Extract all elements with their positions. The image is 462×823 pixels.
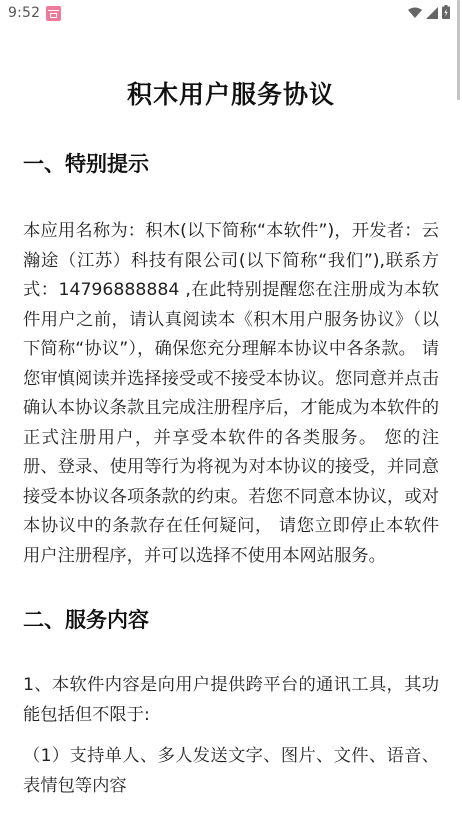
- battery-charging-icon: [442, 4, 450, 23]
- status-bar: 9:52: [0, 0, 462, 26]
- section-paragraph: 1、本软件内容是向用户提供跨平台的通讯工具，其功能包括但不限于:: [23, 671, 439, 730]
- page-title: 积木用户服务协议: [23, 78, 439, 112]
- app-notification-icon: [46, 6, 61, 21]
- status-right: [408, 4, 450, 23]
- status-time: 9:52: [8, 5, 40, 21]
- section-heading-service-content: 二、服务内容: [23, 605, 439, 635]
- section-list-item: （1）支持单人、多人发送文字、图片、文件、语音、表情包等内容: [23, 742, 439, 801]
- section-paragraph: 本应用名称为：积木(以下简称“本软件”)，开发者：云瀚途（江苏）科技有限公司(以…: [23, 217, 439, 571]
- section-heading-special-notice: 一、特别提示: [23, 149, 439, 179]
- status-left: 9:52: [8, 5, 61, 21]
- signal-icon: [426, 4, 438, 23]
- wifi-icon: [408, 4, 422, 23]
- agreement-content: 积木用户服务协议 一、特别提示 本应用名称为：积木(以下简称“本软件”)，开发者…: [0, 26, 462, 801]
